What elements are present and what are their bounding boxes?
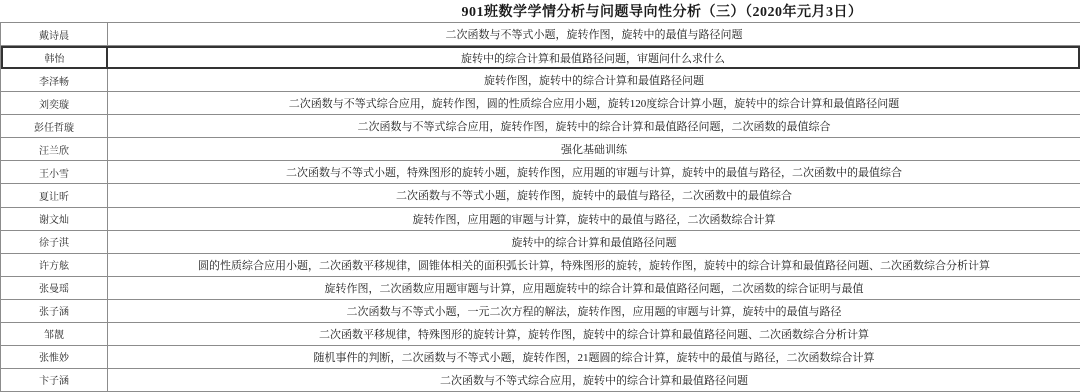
analysis-content-cell[interactable]: 旋转中的综合计算和最值路径问题，审题问什么求什么 xyxy=(108,46,1080,69)
table-row[interactable]: 王小雪二次函数与不等式小题，特殊图形的旋转小题，旋转作图，应用题的审题与计算，旋… xyxy=(1,161,1080,184)
analysis-content-cell[interactable]: 二次函数与不等式小题，旋转作图，旋转中的最值与路径，二次函数中的最值综合 xyxy=(108,184,1080,207)
table-row[interactable]: 邹靓二次函数平移规律，特殊图形的旋转计算，旋转作图，旋转中的综合计算和最值路径问… xyxy=(1,323,1080,346)
student-name-cell[interactable]: 徐子淇 xyxy=(1,231,108,254)
student-name-cell[interactable]: 卞子涵 xyxy=(1,369,108,392)
table-row[interactable]: 彭任哲璇二次函数与不等式综合应用，旋转作图，旋转中的综合计算和最值路径问题，二次… xyxy=(1,115,1080,138)
table-row[interactable]: 谢文灿旋转作图，应用题的审题与计算，旋转中的最值与路径，二次函数综合计算 xyxy=(1,208,1080,231)
analysis-content-cell[interactable]: 二次函数与不等式综合应用，旋转作图，旋转中的综合计算和最值路径问题，二次函数的最… xyxy=(108,115,1080,138)
student-name-cell[interactable]: 戴诗晨 xyxy=(1,23,108,46)
table-row[interactable]: 徐子淇旋转中的综合计算和最值路径问题 xyxy=(1,231,1080,254)
analysis-content-cell[interactable]: 旋转中的综合计算和最值路径问题 xyxy=(108,231,1080,254)
table-row[interactable]: 戴诗晨二次函数与不等式小题，旋转作图，旋转中的最值与路径问题 xyxy=(1,23,1080,46)
analysis-content-cell[interactable]: 二次函数平移规律，特殊图形的旋转计算，旋转作图，旋转中的综合计算和最值路径问题、… xyxy=(108,323,1080,346)
analysis-content-cell[interactable]: 二次函数与不等式小题，旋转作图，旋转中的最值与路径问题 xyxy=(108,23,1080,46)
student-name-cell[interactable]: 邹靓 xyxy=(1,323,108,346)
student-name-cell[interactable]: 谢文灿 xyxy=(1,208,108,231)
student-name-cell[interactable]: 彭任哲璇 xyxy=(1,115,108,138)
analysis-content-cell[interactable]: 旋转作图，二次函数应用题审题与计算，应用题旋转中的综合计算和最值路径问题，二次函… xyxy=(108,277,1080,300)
table-row[interactable]: 李泽畅旋转作图，旋转中的综合计算和最值路径问题 xyxy=(1,69,1080,92)
table-row[interactable]: 汪兰欣强化基础训练 xyxy=(1,138,1080,161)
analysis-content-cell[interactable]: 二次函数与不等式小题，一元二次方程的解法，旋转作图，应用题的审题与计算，旋转中的… xyxy=(108,300,1080,323)
table-row[interactable]: 许方舷圆的性质综合应用小题，二次函数平移规律，圆锥体相关的面积弧长计算，特殊图形… xyxy=(1,254,1080,277)
analysis-content-cell[interactable]: 二次函数与不等式综合应用，旋转中的综合计算和最值路径问题 xyxy=(108,369,1080,392)
student-name-cell[interactable]: 张曼瑶 xyxy=(1,277,108,300)
student-name-cell[interactable]: 王小雪 xyxy=(1,161,108,184)
analysis-content-cell[interactable]: 二次函数与不等式小题，特殊图形的旋转小题，旋转作图，应用题的审题与计算，旋转中的… xyxy=(108,161,1080,184)
title-bar: 901班数学学情分析与问题导向性分析（三）（2020年元月3日） xyxy=(244,0,1080,22)
table-row[interactable]: 卞子涵二次函数与不等式综合应用，旋转中的综合计算和最值路径问题 xyxy=(1,369,1080,392)
student-analysis-table: 戴诗晨二次函数与不等式小题，旋转作图，旋转中的最值与路径问题韩怡旋转中的综合计算… xyxy=(0,22,1080,392)
student-name-cell[interactable]: 汪兰欣 xyxy=(1,138,108,161)
student-name-cell[interactable]: 韩怡 xyxy=(1,46,108,69)
analysis-content-cell[interactable]: 圆的性质综合应用小题，二次函数平移规律，圆锥体相关的面积弧长计算，特殊图形的旋转… xyxy=(108,254,1080,277)
student-name-cell[interactable]: 刘奕璇 xyxy=(1,92,108,115)
table-row[interactable]: 刘奕璇二次函数与不等式综合应用，旋转作图，圆的性质综合应用小题，旋转120度综合… xyxy=(1,92,1080,115)
analysis-content-cell[interactable]: 强化基础训练 xyxy=(108,138,1080,161)
analysis-content-cell[interactable]: 旋转作图，旋转中的综合计算和最值路径问题 xyxy=(108,69,1080,92)
student-name-cell[interactable]: 张惟妙 xyxy=(1,346,108,369)
table-row[interactable]: 夏让昕二次函数与不等式小题，旋转作图，旋转中的最值与路径，二次函数中的最值综合 xyxy=(1,184,1080,207)
student-name-cell[interactable]: 许方舷 xyxy=(1,254,108,277)
student-name-cell[interactable]: 李泽畅 xyxy=(1,69,108,92)
analysis-content-cell[interactable]: 随机事件的判断，二次函数与不等式小题，旋转作图，21题圆的综合计算，旋转中的最值… xyxy=(108,346,1080,369)
table-row[interactable]: 张惟妙随机事件的判断，二次函数与不等式小题，旋转作图，21题圆的综合计算，旋转中… xyxy=(1,346,1080,369)
page-title: 901班数学学情分析与问题导向性分析（三）（2020年元月3日） xyxy=(462,1,863,21)
student-name-cell[interactable]: 张子涵 xyxy=(1,300,108,323)
table-row[interactable]: 韩怡旋转中的综合计算和最值路径问题，审题问什么求什么 xyxy=(1,46,1080,69)
analysis-content-cell[interactable]: 旋转作图，应用题的审题与计算，旋转中的最值与路径，二次函数综合计算 xyxy=(108,208,1080,231)
table-row[interactable]: 张子涵二次函数与不等式小题，一元二次方程的解法，旋转作图，应用题的审题与计算，旋… xyxy=(1,300,1080,323)
table-row[interactable]: 张曼瑶旋转作图，二次函数应用题审题与计算，应用题旋转中的综合计算和最值路径问题，… xyxy=(1,277,1080,300)
student-name-cell[interactable]: 夏让昕 xyxy=(1,184,108,207)
analysis-content-cell[interactable]: 二次函数与不等式综合应用，旋转作图，圆的性质综合应用小题，旋转120度综合计算小… xyxy=(108,92,1080,115)
